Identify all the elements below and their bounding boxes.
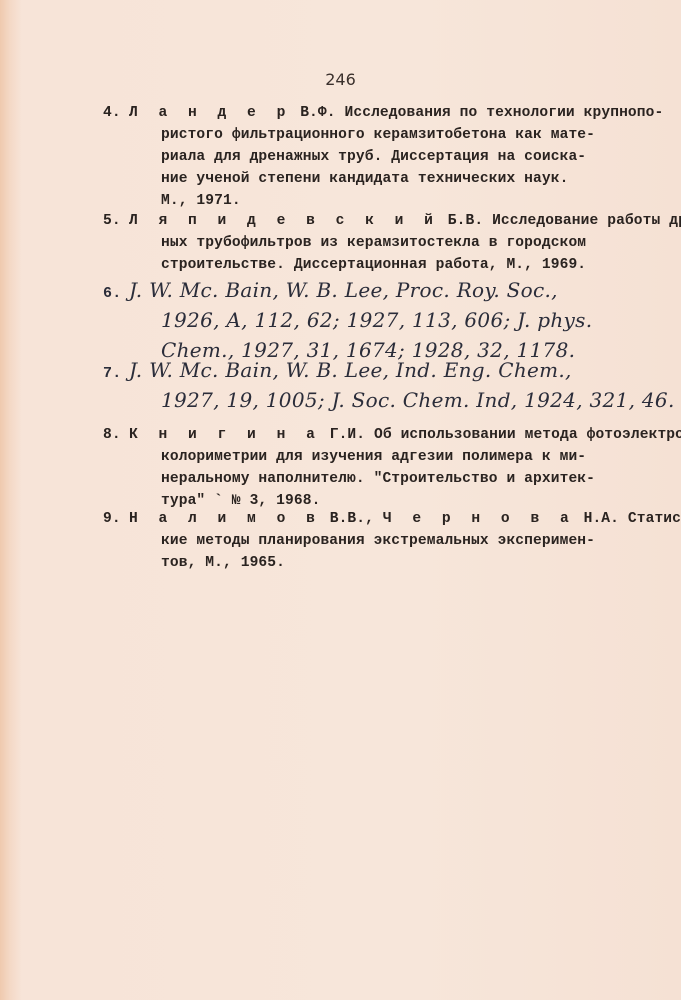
- reference-coauthor: Ч е р н о в а: [383, 511, 575, 527]
- page-number: 246: [0, 70, 681, 89]
- reference-number: 7.: [103, 359, 129, 389]
- reference-text: неральному наполнителю. "Строительство и…: [103, 468, 681, 490]
- reference-4: 4.Л а н д е р В.Ф. Исследования по техно…: [103, 102, 663, 212]
- reference-number: 4.: [103, 102, 129, 124]
- reference-author: Л я п и д е в с к и й: [129, 213, 439, 229]
- reference-text: J. W. Mc. Bain, W. B. Lee, Proc. Roy. So…: [129, 278, 558, 302]
- reference-number: 6.: [103, 279, 129, 309]
- reference-number: 8.: [103, 424, 129, 446]
- reference-6-handwritten: 6.J. W. Mc. Bain, W. B. Lee, Proc. Roy. …: [103, 275, 592, 365]
- reference-text: строительстве. Диссертационная работа, М…: [103, 254, 681, 276]
- reference-text: колориметрии для изучения адгезии полиме…: [103, 446, 681, 468]
- reference-text: Н.А. Статистичес-: [575, 511, 681, 527]
- reference-text: кие методы планирования экстремальных эк…: [103, 530, 681, 552]
- reference-5: 5.Л я п и д е в с к и й Б.В. Исследовани…: [103, 210, 681, 276]
- reference-text: В.Ф. Исследования по технологии крупнопо…: [291, 105, 663, 121]
- reference-text: 1927, 19, 1005; J. Soc. Chem. Ind, 1924,…: [103, 385, 675, 415]
- reference-text: Г.И. Об использовании метода фотоэлектро…: [321, 427, 681, 443]
- reference-text: 1926, A, 112, 62; 1927, 113, 606; J. phy…: [103, 305, 592, 335]
- reference-9: 9.Н а л и м о в В.В., Ч е р н о в а Н.А.…: [103, 508, 681, 574]
- reference-author: Л а н д е р: [129, 105, 291, 121]
- reference-text: тов, М., 1965.: [103, 552, 681, 574]
- reference-text: В.В.,: [321, 511, 383, 527]
- reference-7-handwritten: 7.J. W. Mc. Bain, W. B. Lee, Ind. Eng. C…: [103, 355, 675, 415]
- reference-number: 9.: [103, 508, 129, 530]
- reference-number: 5.: [103, 210, 129, 232]
- reference-text: J. W. Mc. Bain, W. B. Lee, Ind. Eng. Che…: [129, 358, 572, 382]
- reference-author: Н а л и м о в: [129, 511, 321, 527]
- reference-8: 8.К н и г и н а Г.И. Об использовании ме…: [103, 424, 681, 512]
- reference-author: К н и г и н а: [129, 427, 321, 443]
- reference-text: ние ученой степени кандидата технических…: [103, 168, 663, 190]
- reference-text: Б.В. Исследование работы дренаж-: [439, 213, 681, 229]
- reference-text: ных трубофильтров из керамзитостекла в г…: [103, 232, 681, 254]
- reference-text: М., 1971.: [103, 190, 663, 212]
- reference-text: риала для дренажных труб. Диссертация на…: [103, 146, 663, 168]
- reference-text: ристого фильтрационного керамзитобетона …: [103, 124, 663, 146]
